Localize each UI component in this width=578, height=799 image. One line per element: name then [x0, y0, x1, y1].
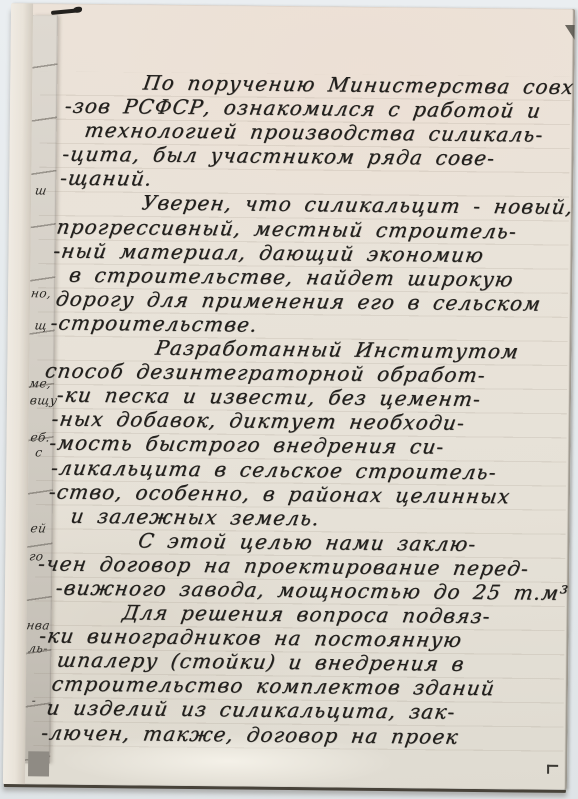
handwritten-line: -щаний.: [58, 166, 575, 195]
corner-mark: [547, 765, 558, 774]
handwritten-line: -лючен, также, договор на проек: [40, 720, 570, 750]
ink-smudge: [73, 7, 82, 13]
scan-background: ш но, щ ме, вщу еб. с ей го нва ль- - По…: [0, 0, 578, 799]
corner-mark: [565, 25, 575, 40]
photo-paper: ш но, щ ме, вщу еб. с ей го нва ль- - По…: [3, 3, 575, 790]
handwritten-text: По поручению Министерства совхо- -зов РС…: [3, 69, 574, 749]
handwritten-line: -строительстве.: [49, 310, 574, 340]
underlying-page-edge-end: [28, 751, 49, 776]
